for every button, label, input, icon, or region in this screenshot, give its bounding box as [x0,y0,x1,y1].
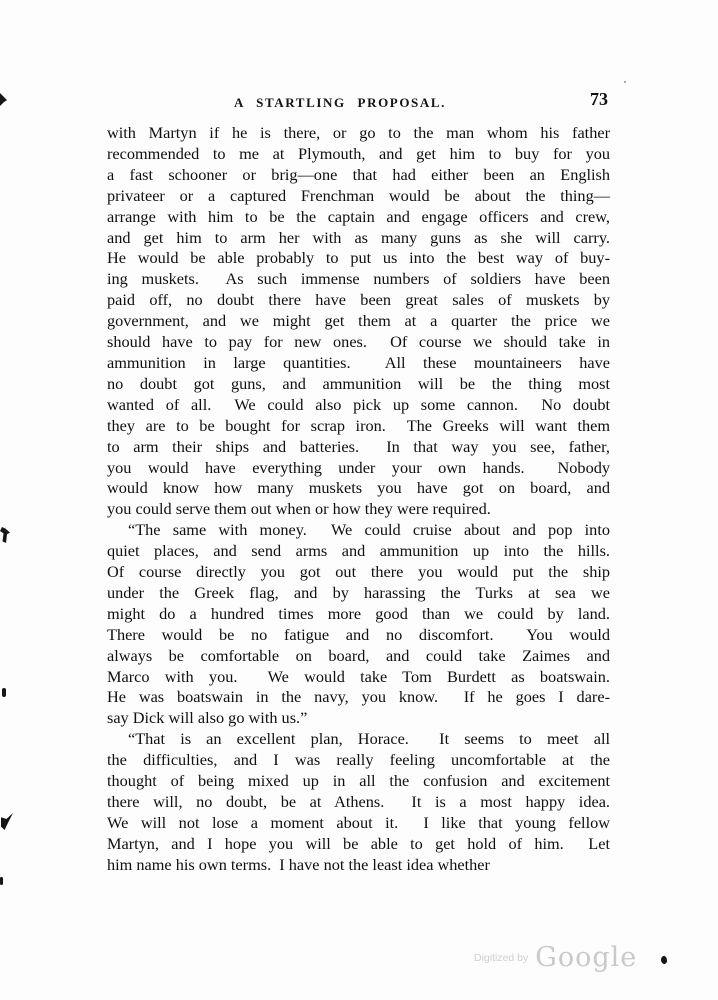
ink-mark [624,81,626,83]
text-line: He was boatswain in the navy, you know. … [107,687,610,708]
text-line: always be comfortable on board, and coul… [107,646,610,667]
text-line: Of course directly you got out there you… [107,562,610,583]
ink-mark [0,93,7,106]
text-line: paid off, no doubt there have been great… [107,290,610,311]
text-line: “That is an excellent plan, Horace. It s… [107,729,610,750]
text-line: Martyn, and I hope you will be able to g… [107,834,610,855]
text-line: you would have everything under your own… [107,458,610,479]
text-line: him name his own terms. I have not the l… [107,855,610,876]
ink-mark [2,688,6,697]
text-line: “The same with money. We could cruise ab… [107,520,610,541]
text-line: might do a hundred times more good than … [107,604,610,625]
text-line: There would be no fatigue and no discomf… [107,625,610,646]
ink-mark [0,527,10,543]
text-line: you could serve them out when or how the… [107,499,610,520]
text-line: say Dick will also go with us.” [107,708,610,729]
text-block: with Martyn if he is there, or go to the… [107,123,610,876]
text-line: should have to pay for new ones. Of cour… [107,332,610,353]
text-line: Marco with you. We would take Tom Burdet… [107,667,610,688]
text-line: government, and we might get them at a q… [107,311,610,332]
text-line: He would be able probably to put us into… [107,248,610,269]
text-line: with Martyn if he is there, or go to the… [107,123,610,144]
running-head-title: A STARTLING PROPOSAL. [110,95,570,111]
page-number: 73 [590,89,608,110]
text-line: there will, no doubt, be at Athens. It i… [107,792,610,813]
text-line: to arm their ships and batteries. In tha… [107,437,610,458]
text-line: recommended to me at Plymouth, and get h… [107,144,610,165]
text-line: no doubt got guns, and ammunition will b… [107,374,610,395]
google-logo: Google [535,944,637,971]
book-page: A STARTLING PROPOSAL. 73 with Martyn if … [0,0,718,1000]
paragraph: “The same with money. We could cruise ab… [107,520,610,729]
text-line: privateer or a captured Frenchman would … [107,186,610,207]
text-line: arrange with him to be the captain and e… [107,207,610,228]
ink-mark [0,877,3,885]
watermark: Digitized by Google [474,944,637,971]
text-line: thought of being mixed up in all the con… [107,771,610,792]
paragraph: with Martyn if he is there, or go to the… [107,123,610,520]
text-line: the difficulties, and I was really feeli… [107,750,610,771]
text-line: a fast schooner or brig—one that had eit… [107,165,610,186]
text-line: under the Greek flag, and by harassing t… [107,583,610,604]
text-line: they are to be bought for scrap iron. Th… [107,416,610,437]
watermark-prefix: Digitized by [474,952,528,964]
text-line: quiet places, and send arms and ammuniti… [107,541,610,562]
text-line: ing muskets. As such immense numbers of … [107,269,610,290]
text-line: and get him to arm her with as many guns… [107,228,610,249]
text-line: wanted of all. We could also pick up som… [107,395,610,416]
text-line: We will not lose a moment about it. I li… [107,813,610,834]
text-line: would know how many muskets you have got… [107,478,610,499]
paragraph: “That is an excellent plan, Horace. It s… [107,729,610,875]
ink-mark [1,813,13,830]
text-line: ammunition in large quantities. All thes… [107,353,610,374]
ink-mark [660,955,668,964]
